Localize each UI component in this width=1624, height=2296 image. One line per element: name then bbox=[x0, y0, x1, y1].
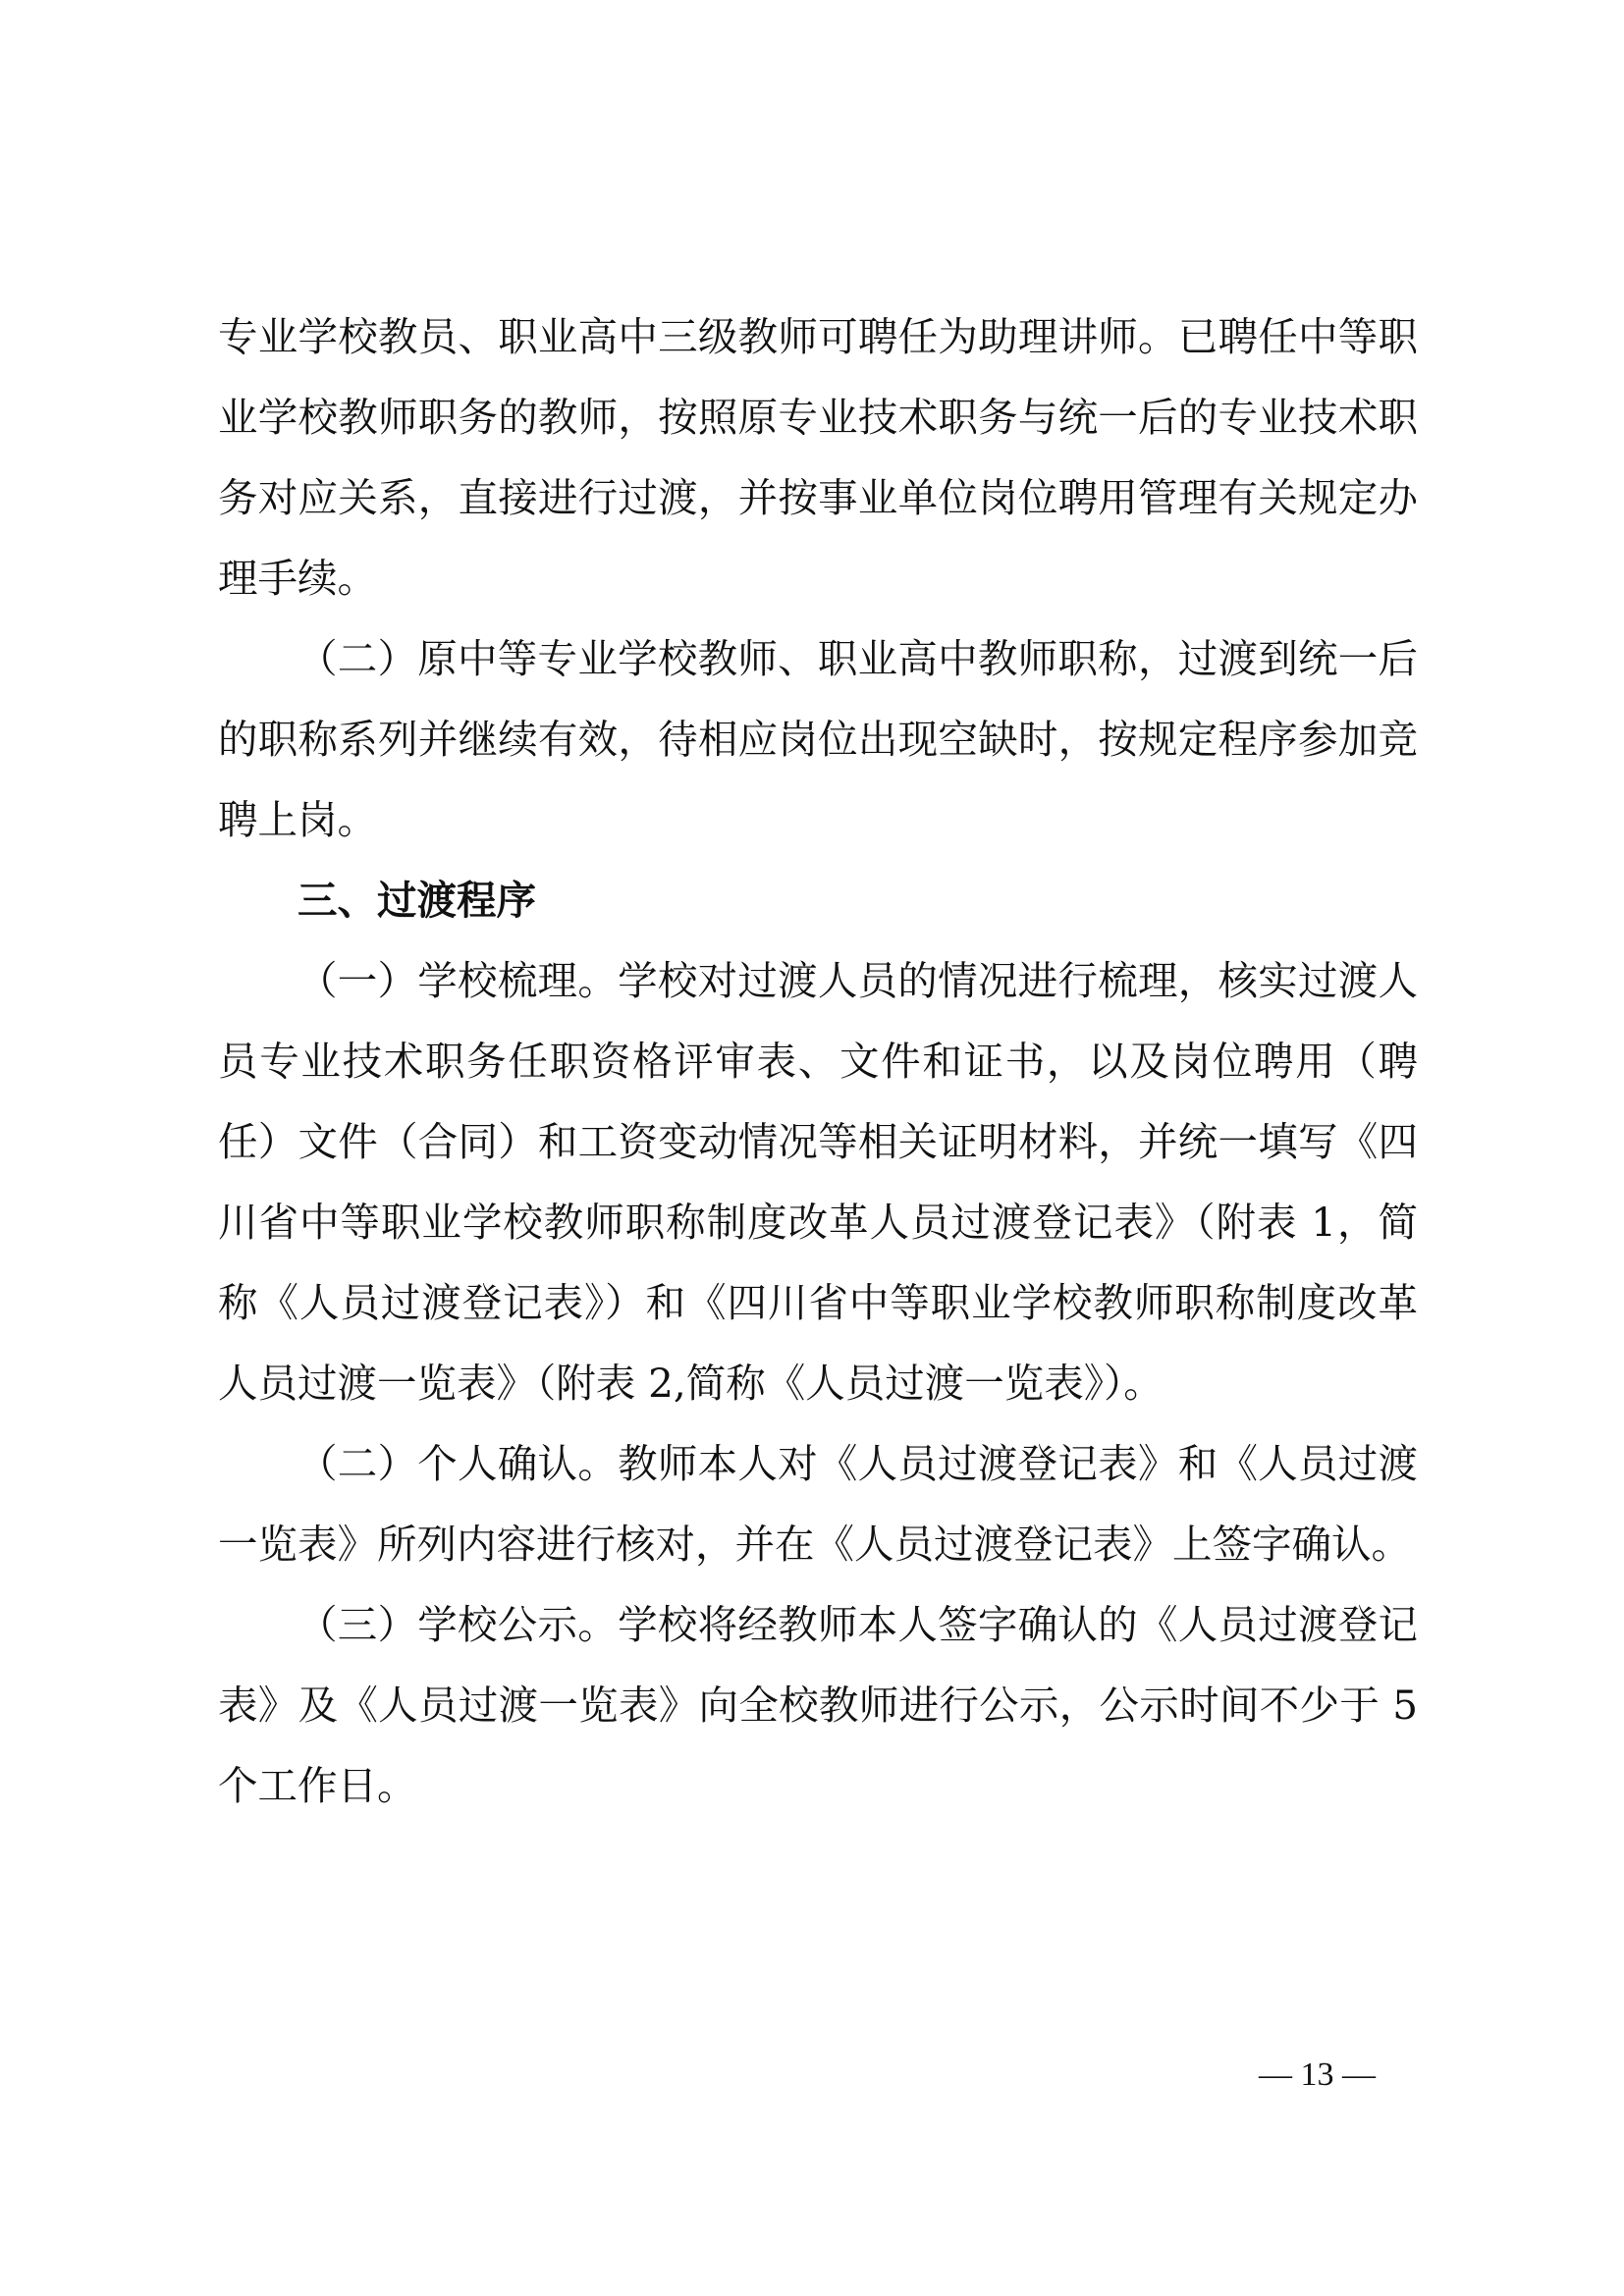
paragraph-school-publicity: （三）学校公示。学校将经教师本人签字确认的《人员过渡登记表》及《人员过渡一览表》… bbox=[218, 1584, 1418, 1826]
paragraph-school-review: （一）学校梳理。学校对过渡人员的情况进行梳理，核实过渡人员专业技术职务任职资格评… bbox=[218, 940, 1418, 1423]
section-heading-transition-procedure: 三、过渡程序 bbox=[218, 860, 1418, 940]
paragraph-personal-confirmation: （二）个人确认。教师本人对《人员过渡登记表》和《人员过渡一览表》所列内容进行核对… bbox=[218, 1423, 1418, 1584]
paragraph-continuation: 专业学校教员、职业高中三级教师可聘任为助理讲师。已聘任中等职业学校教师职务的教师… bbox=[218, 296, 1418, 618]
document-page: 专业学校教员、职业高中三级教师可聘任为助理讲师。已聘任中等职业学校教师职务的教师… bbox=[218, 296, 1418, 1826]
paragraph-section-2-2: （二）原中等专业学校教师、职业高中教师职称，过渡到统一后的职称系列并继续有效，待… bbox=[218, 618, 1418, 860]
page-number: — 13 — bbox=[1259, 2054, 1376, 2097]
